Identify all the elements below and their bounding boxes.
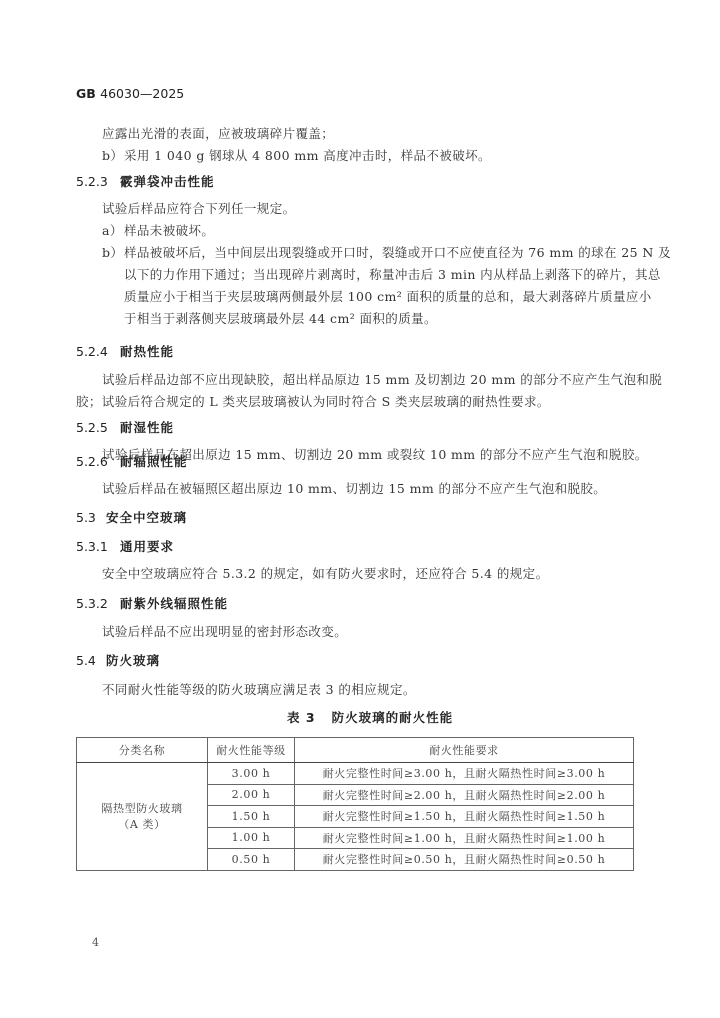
list-text-line: 于相当于剥落侧夹层玻璃最外层 44 cm² 面积的质量。 bbox=[124, 309, 437, 327]
section-heading-5-3: 5.3安全中空玻璃 bbox=[76, 508, 187, 526]
section-title: 通用要求 bbox=[120, 539, 174, 554]
continuation-line: 应露出光滑的表面，应被玻璃碎片覆盖； bbox=[102, 124, 334, 142]
table-row: 隔热型防火玻璃 （A 类） 3.00 h 耐火完整性时间≥3.00 h，且耐火隔… bbox=[77, 763, 634, 785]
standard-number: 46030—2025 bbox=[100, 86, 184, 101]
header-grade: 耐火性能等级 bbox=[208, 738, 295, 763]
category-class: （A 类） bbox=[77, 816, 207, 832]
section-title: 霰弹袋冲击性能 bbox=[120, 174, 215, 189]
section-number: 5.3.2 bbox=[76, 596, 120, 611]
paragraph: 试验后样品不应出现明显的密封形态改变。 bbox=[102, 622, 347, 640]
paragraph: 安全中空玻璃应符合 5.3.2 的规定，如有防火要求时，还应符合 5.4 的规定… bbox=[102, 564, 548, 582]
list-label: a） bbox=[102, 221, 124, 239]
category-name: 隔热型防火玻璃 bbox=[77, 800, 207, 816]
page-number: 4 bbox=[92, 936, 99, 949]
section-title: 耐湿性能 bbox=[120, 420, 174, 435]
list-label: b） bbox=[102, 146, 124, 164]
header-category: 分类名称 bbox=[77, 738, 208, 763]
list-text-line: 样品被破坏后，当中间层出现裂缝或开口时，裂缝或开口不应使直径为 76 mm 的球… bbox=[124, 245, 671, 260]
list-text-line: 质量应小于相当于夹层玻璃两侧最外层 100 cm² 面积的质量的总和，最大剥落碎… bbox=[124, 287, 652, 305]
list-text: 采用 1 040 g 钢球从 4 800 mm 高度冲击时，样品不被破坏。 bbox=[124, 148, 491, 163]
paragraph: 不同耐火性能等级的防火玻璃应满足表 3 的相应规定。 bbox=[102, 680, 416, 698]
section-number: 5.2.5 bbox=[76, 420, 120, 435]
list-item-a: a）样品未被破坏。 bbox=[102, 221, 214, 239]
section-heading-5-2-4: 5.2.4耐热性能 bbox=[76, 342, 174, 360]
section-heading-5-4: 5.4防火玻璃 bbox=[76, 651, 160, 669]
table-header-row: 分类名称 耐火性能等级 耐火性能要求 bbox=[77, 738, 634, 763]
section-heading-5-2-3: 5.2.3霰弹袋冲击性能 bbox=[76, 172, 215, 190]
paragraph: 试验后样品应符合下列任一规定。 bbox=[102, 199, 296, 217]
section-title: 耐热性能 bbox=[120, 344, 174, 359]
standard-prefix: GB bbox=[76, 86, 96, 101]
section-heading-5-3-2: 5.3.2耐紫外线辐照性能 bbox=[76, 594, 228, 612]
grade-cell: 1.50 h bbox=[208, 806, 295, 828]
section-heading-5-3-1: 5.3.1通用要求 bbox=[76, 537, 174, 555]
section-heading-5-2-6-text: 5.2.6耐辐照性能 bbox=[76, 452, 188, 470]
fire-resistance-table: 分类名称 耐火性能等级 耐火性能要求 隔热型防火玻璃 （A 类） 3.00 h … bbox=[76, 737, 634, 871]
standard-number-header: GB 46030—2025 bbox=[76, 86, 184, 101]
paragraph-line: 试验后样品边部不应出现缺胶，超出样品原边 15 mm 及切割边 20 mm 的部… bbox=[102, 370, 662, 388]
list-item-b: b）采用 1 040 g 钢球从 4 800 mm 高度冲击时，样品不被破坏。 bbox=[102, 146, 491, 164]
requirement-cell: 耐火完整性时间≥1.00 h，且耐火隔热性时间≥1.00 h bbox=[295, 827, 634, 849]
table-caption-title: 防火玻璃的耐火性能 bbox=[332, 710, 454, 725]
list-label: b） bbox=[102, 243, 124, 261]
grade-cell: 0.50 h bbox=[208, 849, 295, 871]
section-title: 安全中空玻璃 bbox=[106, 510, 187, 525]
requirement-cell: 耐火完整性时间≥3.00 h，且耐火隔热性时间≥3.00 h bbox=[295, 763, 634, 785]
paragraph: 试验后样品在被辐照区超出原边 10 mm、切割边 15 mm 的部分不应产生气泡… bbox=[102, 479, 606, 497]
requirement-cell: 耐火完整性时间≥1.50 h，且耐火隔热性时间≥1.50 h bbox=[295, 806, 634, 828]
grade-cell: 2.00 h bbox=[208, 784, 295, 806]
section-number: 5.2.3 bbox=[76, 174, 120, 189]
header-requirement: 耐火性能要求 bbox=[295, 738, 634, 763]
section-title: 耐辐照性能 bbox=[120, 454, 188, 469]
section-number: 5.4 bbox=[76, 653, 106, 668]
section-number: 5.3.1 bbox=[76, 539, 120, 554]
section-title: 防火玻璃 bbox=[106, 653, 160, 668]
section-number: 5.2.4 bbox=[76, 344, 120, 359]
category-cell: 隔热型防火玻璃 （A 类） bbox=[77, 763, 208, 871]
table-caption-number: 表 3 bbox=[287, 710, 316, 725]
section-number: 5.2.6 bbox=[76, 454, 120, 469]
list-text-line: 以下的力作用下通过；当出现碎片剥离时，称量冲击后 3 min 内从样品上剥落下的… bbox=[124, 265, 661, 283]
list-item-b: b）样品被破坏后，当中间层出现裂缝或开口时，裂缝或开口不应使直径为 76 mm … bbox=[102, 243, 671, 261]
grade-cell: 1.00 h bbox=[208, 827, 295, 849]
requirement-cell: 耐火完整性时间≥0.50 h，且耐火隔热性时间≥0.50 h bbox=[295, 849, 634, 871]
grade-cell: 3.00 h bbox=[208, 763, 295, 785]
requirement-cell: 耐火完整性时间≥2.00 h，且耐火隔热性时间≥2.00 h bbox=[295, 784, 634, 806]
list-text: 样品未被破坏。 bbox=[124, 223, 214, 238]
section-heading-5-2-5: 5.2.5耐湿性能 bbox=[76, 418, 174, 436]
section-number: 5.3 bbox=[76, 510, 106, 525]
section-title: 耐紫外线辐照性能 bbox=[120, 596, 228, 611]
paragraph-line: 胶；试验后符合规定的 L 类夹层玻璃被认为同时符合 S 类夹层玻璃的耐热性要求。 bbox=[76, 392, 550, 410]
table-caption: 表 3 防火玻璃的耐火性能 bbox=[287, 708, 453, 726]
